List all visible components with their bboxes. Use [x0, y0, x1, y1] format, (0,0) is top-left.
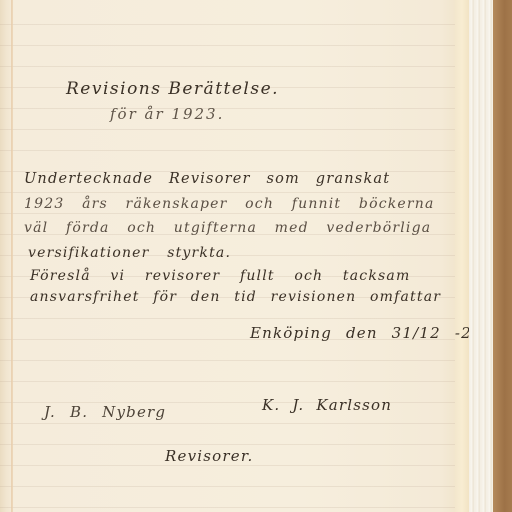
body-line: versifikationer styrkta. — [28, 246, 231, 260]
cover-board — [493, 0, 512, 512]
page-edge — [455, 0, 469, 512]
signature-nyberg: J. B. Nyberg — [44, 405, 166, 420]
body-line: 1923 års räkenskaper och funnit böckerna — [24, 197, 435, 211]
body-line: ansvarsfrihet för den tid revisionen omf… — [30, 290, 441, 304]
body-line: Föreslå vi revisorer fullt och tacksam — [30, 269, 410, 283]
margin-line — [11, 0, 13, 512]
body-line: väl förda och utgifterna med vederbörlig… — [24, 221, 431, 235]
ledger-page: Revisions Berättelse. för år 1923. Under… — [0, 0, 468, 512]
place-and-date: Enköping den 31/12 -23 — [250, 326, 483, 341]
page-stack-edge — [469, 0, 493, 512]
body-line: Undertecknade Revisorer som granskat — [24, 172, 390, 187]
signature-karlsson: K. J. Karlsson — [262, 398, 392, 413]
photographed-ledger: Revisions Berättelse. för år 1923. Under… — [0, 0, 512, 512]
document-title: Revisions Berättelse. — [66, 81, 279, 98]
document-subtitle-year: för år 1923. — [110, 107, 224, 122]
signatory-role: Revisorer. — [165, 449, 254, 464]
